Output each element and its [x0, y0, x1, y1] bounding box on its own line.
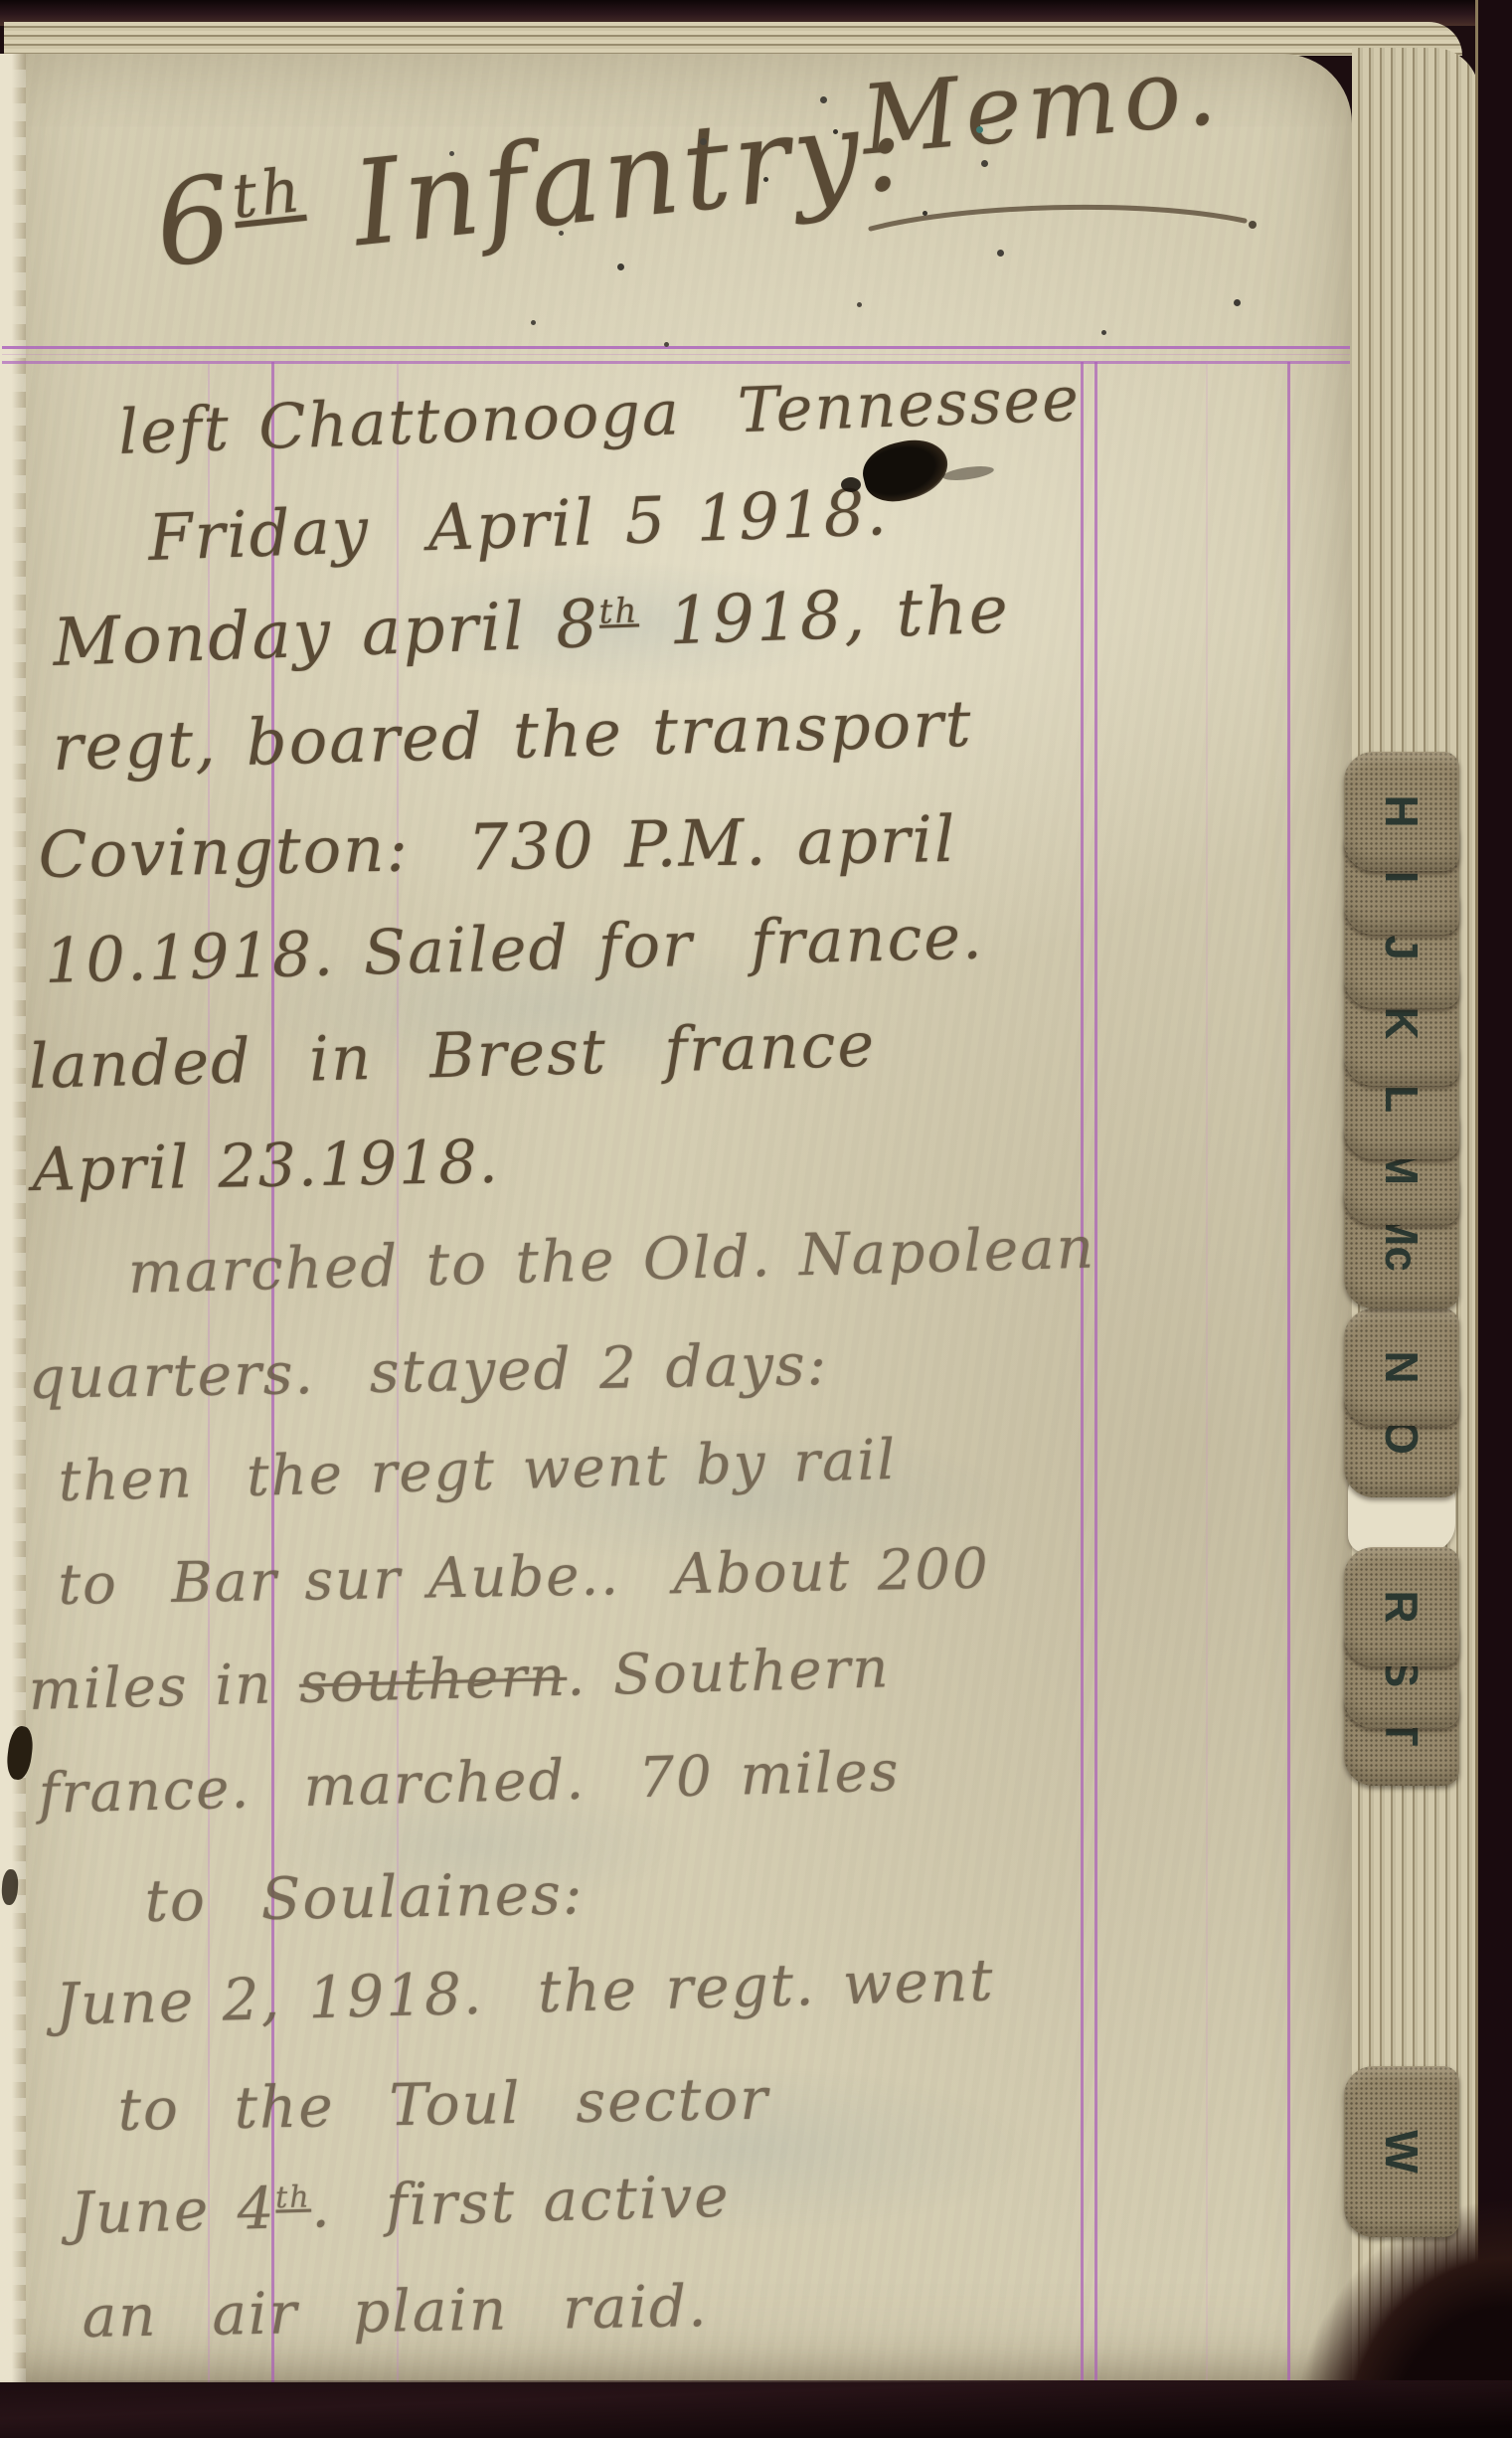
- ink-blot-drip: [841, 477, 861, 492]
- index-tab-r: R: [1344, 1547, 1459, 1666]
- vertical-rule: [1094, 362, 1097, 2382]
- header-rule-faint: [2, 354, 1350, 355]
- vertical-rule: [1081, 362, 1084, 2382]
- page-edges-top: [4, 22, 1462, 56]
- index-tab-letter: K: [1375, 1006, 1428, 1039]
- cover-right-edge: [1475, 0, 1512, 2438]
- index-tab-letter: J: [1375, 935, 1428, 960]
- vertical-rule: [1287, 362, 1290, 2382]
- index-tab-letter: L: [1375, 1085, 1428, 1113]
- index-tab-letter: N: [1375, 1350, 1428, 1383]
- notebook-photo: Memo. 6th Infantry: left Chattonooga Ten…: [0, 0, 1512, 2438]
- index-tab-letter: H: [1375, 794, 1428, 827]
- index-tab-h: H: [1344, 752, 1459, 871]
- cover-bottom-edge: [0, 2380, 1512, 2438]
- index-tab-n: N: [1344, 1308, 1459, 1426]
- journal-line: an air plain raid.: [82, 2272, 709, 2351]
- ink-speckles: [0, 0, 5, 5]
- header-rule: [2, 361, 1350, 364]
- journal-line: to the Toul sector: [117, 2065, 769, 2144]
- vertical-rule: [1206, 362, 1208, 2382]
- journal-line: April 23.1918.: [32, 1128, 500, 1205]
- index-tab-letter: R: [1375, 1590, 1428, 1623]
- journal-line: quarters. stayed 2 days:: [28, 1330, 829, 1412]
- header-rule: [2, 346, 1350, 349]
- index-tab-letter: I: [1375, 871, 1428, 884]
- journal-line: to Soulaines:: [144, 1859, 585, 1935]
- index-tab-letter: W: [1375, 2130, 1428, 2173]
- left-torn-edge: [0, 54, 26, 2382]
- index-tab-w: W: [1344, 2066, 1459, 2237]
